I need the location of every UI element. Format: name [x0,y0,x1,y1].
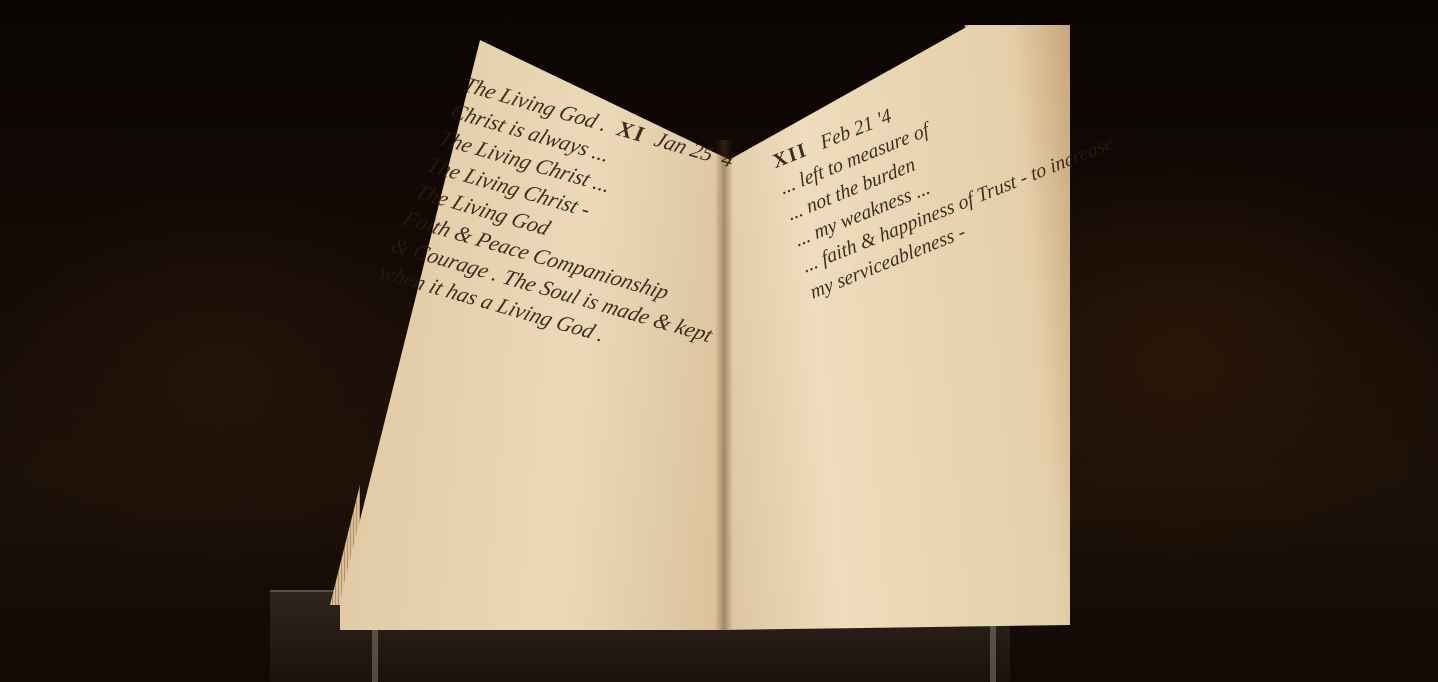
photo-scene: The Living God . XI Jan 25 '4 Christ is … [0,0,1438,682]
left-page-numeral: XI [613,116,651,147]
open-notebook: The Living God . XI Jan 25 '4 Christ is … [0,0,1438,682]
page-edges-left [330,45,360,605]
